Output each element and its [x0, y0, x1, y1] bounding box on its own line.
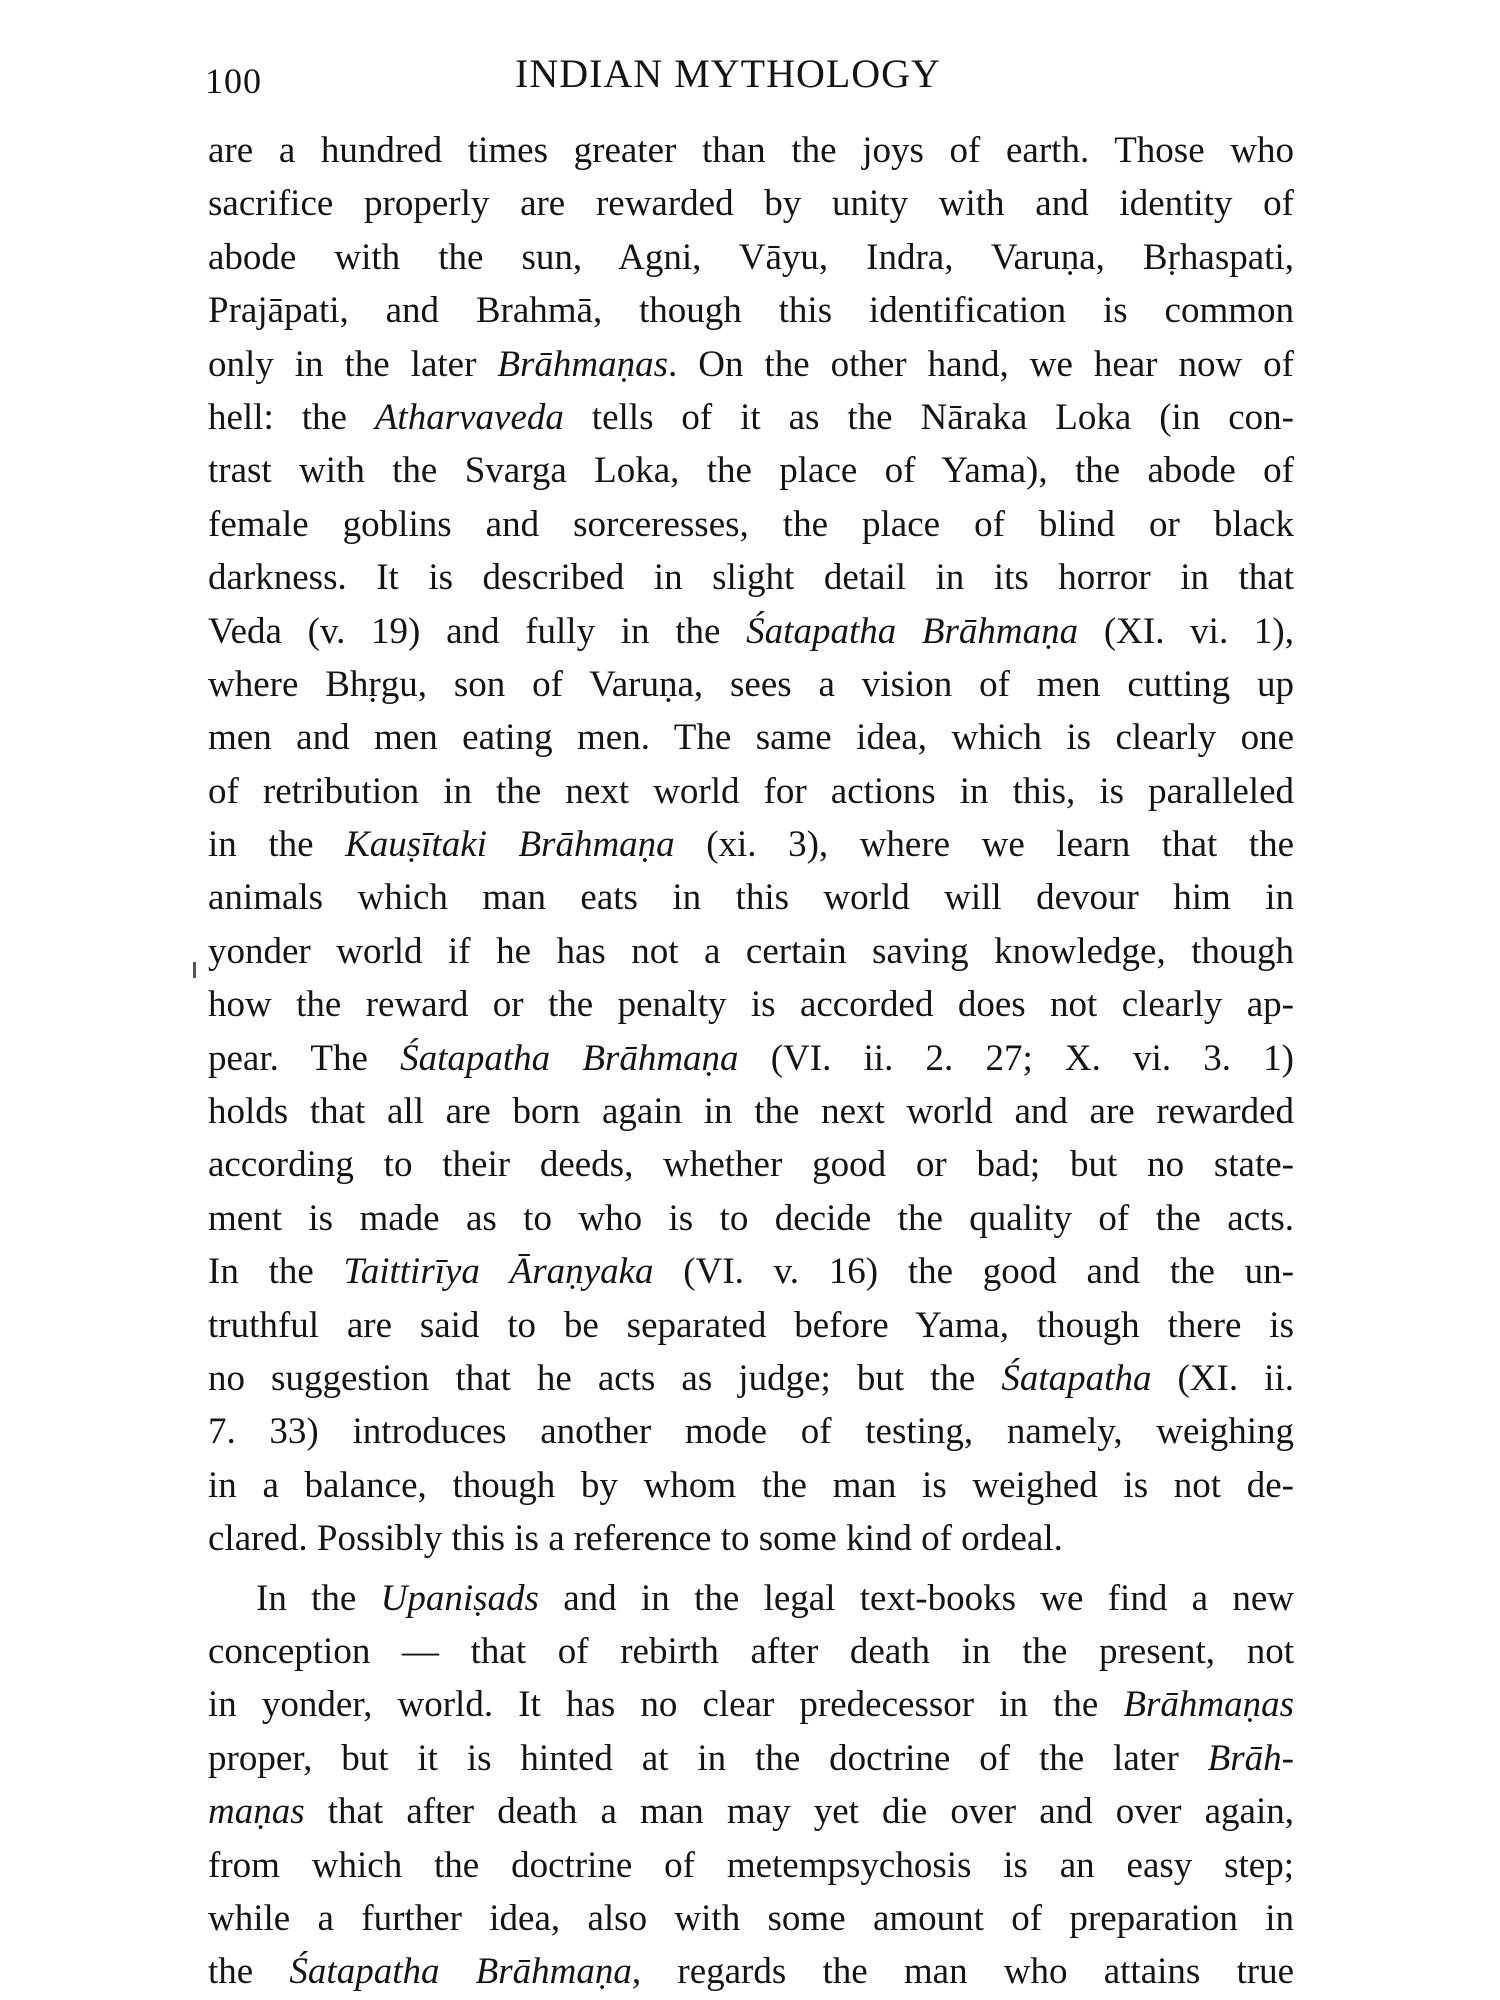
- text-run: . On the other hand, we hear now of: [668, 344, 1294, 385]
- text-line: while a further idea, also with some amo…: [208, 1892, 1294, 1945]
- text-line: proper, but it is hinted at in the doctr…: [208, 1732, 1294, 1785]
- text-run: in a balance, though by whom the man is …: [208, 1465, 1294, 1506]
- text-line: yonder world if he has not a certain sav…: [208, 925, 1294, 978]
- text-run: (XI. ii.: [1151, 1358, 1294, 1399]
- text-line: no suggestion that he acts as judge; but…: [208, 1352, 1294, 1405]
- text-run: hell: the: [208, 397, 375, 438]
- text-run: while a further idea, also with some amo…: [208, 1898, 1294, 1939]
- text-run: holds that all are born again in the nex…: [208, 1091, 1294, 1132]
- text-line: abode with the sun, Agni, Vāyu, Indra, V…: [208, 231, 1294, 284]
- text-run: pear. The: [208, 1038, 400, 1079]
- page-number: 100: [205, 60, 262, 102]
- text-run: where Bhṛgu, son of Varuṇa, sees a visio…: [208, 664, 1294, 705]
- text-line: where Bhṛgu, son of Varuṇa, sees a visio…: [208, 658, 1294, 711]
- text-line: are a hundred times greater than the joy…: [208, 124, 1294, 177]
- text-line: Prajāpati, and Brahmā, though this ident…: [208, 284, 1294, 337]
- page-header: 100 INDIAN MYTHOLOGY: [205, 46, 1295, 106]
- text-run: truthful are said to be separated before…: [208, 1305, 1294, 1346]
- text-run: that after death a man may yet die over …: [305, 1791, 1294, 1832]
- text-line: In the Upaniṣads and in the legal text-b…: [208, 1572, 1294, 1625]
- text-line: hell: the Atharvaveda tells of it as the…: [208, 391, 1294, 444]
- text-run: In the: [208, 1251, 344, 1292]
- text-line: men and men eating men. The same idea, w…: [208, 711, 1294, 764]
- italic-title: maṇas: [208, 1791, 305, 1832]
- italic-title: Atharvaveda: [375, 397, 564, 438]
- text-line: maṇas that after death a man may yet die…: [208, 1785, 1294, 1838]
- text-run: are a hundred times greater than the joy…: [208, 130, 1294, 171]
- italic-title: Brāhmaṇas: [1123, 1684, 1294, 1725]
- paragraph: are a hundred times greater than the joy…: [208, 124, 1294, 1566]
- italic-title: Śatapatha Brāhmaṇa: [400, 1038, 738, 1079]
- text-run: 7. 33) introduces another mode of testin…: [208, 1411, 1294, 1452]
- text-run: ment is made as to who is to decide the …: [208, 1198, 1294, 1239]
- text-run: in the: [208, 824, 345, 865]
- text-run: trast with the Svarga Loka, the place of…: [208, 450, 1294, 491]
- margin-mark: [193, 962, 196, 978]
- text-line: female goblins and sorceresses, the plac…: [208, 498, 1294, 551]
- text-run: (XI. vi. 1),: [1078, 611, 1294, 652]
- text-line: pear. The Śatapatha Brāhmaṇa (VI. ii. 2.…: [208, 1032, 1294, 1085]
- text-line: according to their deeds, whether good o…: [208, 1138, 1294, 1191]
- italic-title: Taittirīya Āraṇyaka: [344, 1251, 654, 1292]
- running-title: INDIAN MYTHOLOGY: [515, 50, 941, 97]
- text-line: In the Taittirīya Āraṇyaka (VI. v. 16) t…: [208, 1245, 1294, 1298]
- text-run: female goblins and sorceresses, the plac…: [208, 504, 1294, 545]
- text-run: no suggestion that he acts as judge; but…: [208, 1358, 1001, 1399]
- text-line: animals which man eats in this world wil…: [208, 871, 1294, 924]
- text-run: animals which man eats in this world wil…: [208, 877, 1294, 918]
- text-line: in the Kauṣītaki Brāhmaṇa (xi. 3), where…: [208, 818, 1294, 871]
- text-line: trast with the Svarga Loka, the place of…: [208, 444, 1294, 497]
- text-run: of retribution in the next world for act…: [208, 771, 1294, 812]
- text-line: clared. Possibly this is a reference to …: [208, 1512, 1294, 1565]
- italic-title: Śatapatha: [1001, 1358, 1151, 1399]
- text-line: holds that all are born again in the nex…: [208, 1085, 1294, 1138]
- text-run: yonder world if he has not a certain sav…: [208, 931, 1294, 972]
- text-run: clared. Possibly this is a reference to …: [208, 1518, 1063, 1559]
- text-line: truthful are said to be separated before…: [208, 1299, 1294, 1352]
- body-text: are a hundred times greater than the joy…: [208, 124, 1294, 1999]
- text-run: Veda (v. 19) and fully in the: [208, 611, 746, 652]
- text-line: sacrifice properly are rewarded by unity…: [208, 177, 1294, 230]
- text-line: in yonder, world. It has no clear predec…: [208, 1678, 1294, 1731]
- text-run: conception — that of rebirth after death…: [208, 1631, 1294, 1672]
- italic-title: Brāhmaṇas: [497, 344, 668, 385]
- italic-title: Śatapatha Brāhmaṇa: [289, 1951, 632, 1992]
- text-run: men and men eating men. The same idea, w…: [208, 717, 1294, 758]
- text-run: and in the legal text-books we find a ne…: [539, 1578, 1294, 1619]
- text-line: of retribution in the next world for act…: [208, 765, 1294, 818]
- text-run: how the reward or the penalty is accorde…: [208, 984, 1294, 1025]
- text-run: Prajāpati, and Brahmā, though this ident…: [208, 290, 1294, 331]
- book-page: 100 INDIAN MYTHOLOGY are a hundred times…: [0, 0, 1500, 2000]
- text-run: from which the doctrine of metempsychosi…: [208, 1845, 1294, 1886]
- text-run: abode with the sun, Agni, Vāyu, Indra, V…: [208, 237, 1294, 278]
- text-run: (VI. ii. 2. 27; X. vi. 3. 1): [739, 1038, 1294, 1079]
- text-run: the: [208, 1951, 289, 1992]
- text-line: Veda (v. 19) and fully in the Śatapatha …: [208, 605, 1294, 658]
- text-run: in yonder, world. It has no clear predec…: [208, 1684, 1123, 1725]
- text-run: according to their deeds, whether good o…: [208, 1144, 1294, 1185]
- text-line: only in the later Brāhmaṇas. On the othe…: [208, 338, 1294, 391]
- text-run: , regards the man who attains true: [632, 1951, 1294, 1992]
- paragraph: In the Upaniṣads and in the legal text-b…: [208, 1572, 1294, 1999]
- text-line: in a balance, though by whom the man is …: [208, 1459, 1294, 1512]
- text-run: sacrifice properly are rewarded by unity…: [208, 183, 1294, 224]
- text-run: darkness. It is described in slight deta…: [208, 557, 1294, 598]
- text-line: from which the doctrine of metempsychosi…: [208, 1839, 1294, 1892]
- italic-title: Kauṣītaki Brāhmaṇa: [345, 824, 675, 865]
- italic-title: Upaniṣads: [381, 1578, 539, 1619]
- italic-title: Śatapatha Brāhmaṇa: [746, 611, 1078, 652]
- text-line: darkness. It is described in slight deta…: [208, 551, 1294, 604]
- text-run: only in the later: [208, 344, 497, 385]
- italic-title: Brāh-: [1208, 1738, 1294, 1779]
- text-run: tells of it as the Nāraka Loka (in con-: [564, 397, 1294, 438]
- text-run: (xi. 3), where we learn that the: [675, 824, 1294, 865]
- text-line: 7. 33) introduces another mode of testin…: [208, 1405, 1294, 1458]
- text-line: how the reward or the penalty is accorde…: [208, 978, 1294, 1031]
- text-line: ment is made as to who is to decide the …: [208, 1192, 1294, 1245]
- text-run: proper, but it is hinted at in the doctr…: [208, 1738, 1208, 1779]
- text-line: conception — that of rebirth after death…: [208, 1625, 1294, 1678]
- text-run: (VI. v. 16) the good and the un-: [654, 1251, 1294, 1292]
- text-line: the Śatapatha Brāhmaṇa, regards the man …: [208, 1945, 1294, 1998]
- text-run: In the: [256, 1578, 381, 1619]
